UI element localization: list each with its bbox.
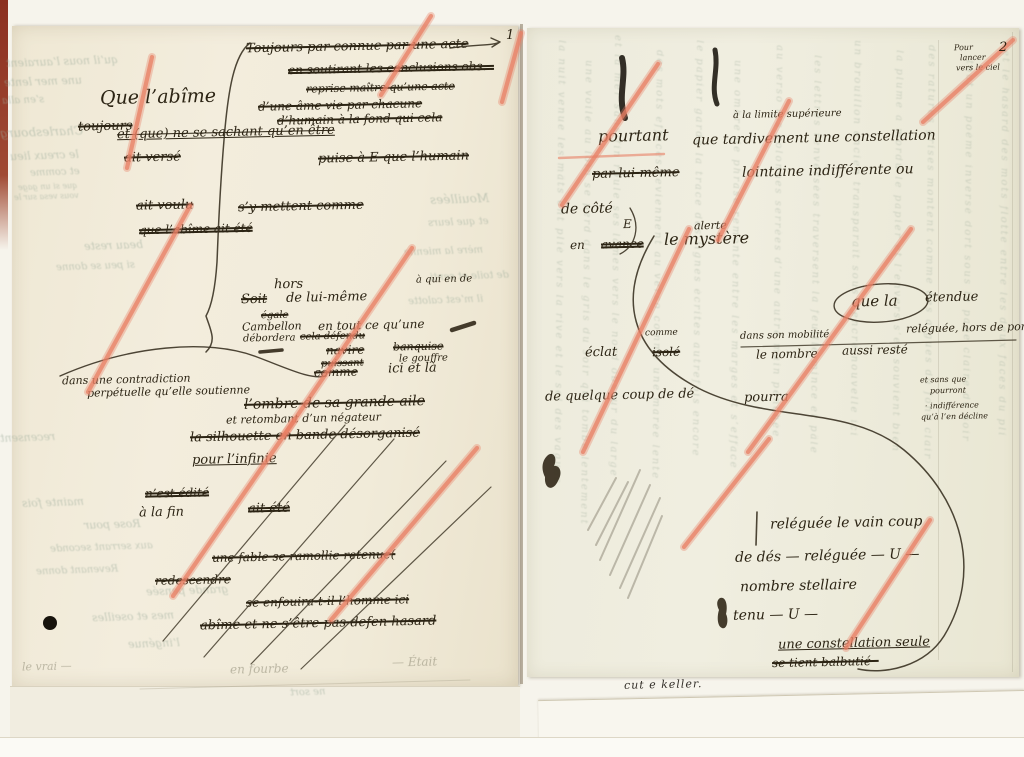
handwriting-line: pour l’infinie [192, 452, 277, 467]
handwriting-line: banquise [393, 340, 444, 352]
handwriting-line: Toujours par connue par une acte [246, 38, 469, 56]
right-page-number: 2 [999, 40, 1007, 55]
handwriting-line: pourtant [598, 127, 669, 144]
handwriting-line: n’est édité [145, 486, 209, 499]
handwriting-line: et (que) ne se sachant qu’en être [117, 124, 335, 142]
handwriting-line: · indifférence [925, 401, 979, 410]
handwriting-line: à qui en de [416, 274, 472, 285]
handwriting-line: une constellation seule [778, 635, 930, 651]
handwriting-line: abîme et ne s’être pas defen hasard [200, 615, 437, 633]
handwriting-line: pourra [744, 391, 789, 405]
handwriting-line: et retombant d’un négateur [226, 411, 381, 425]
handwriting-line: nombre stellaire [740, 578, 857, 594]
handwriting-line: de lui-même [286, 290, 368, 305]
handwriting-line: reléguée le vain coup [770, 514, 923, 531]
handwriting-line: comme [645, 329, 678, 339]
handwriting-line: de côté [561, 201, 613, 216]
handwriting-line: Cambellon [242, 320, 302, 332]
handwriting-line: éclat [585, 346, 617, 360]
handwriting-line: l’ombre de sa grande aile [244, 394, 425, 412]
handwriting-line: débordera [243, 333, 296, 344]
handwriting-line: hors [274, 278, 303, 292]
handwriting-line: se enfouira-t-il l’homme ici [246, 593, 409, 608]
handwriting-line: aussi resté [842, 343, 908, 356]
handwriting-line: perpétuelle qu’elle soutienne [87, 384, 250, 398]
handwriting-line: le mystère [664, 230, 749, 248]
handwriting-line: le vrai — [22, 660, 72, 672]
archivist-caption-note: cut e keller. [624, 678, 703, 691]
handwriting-line: navire [326, 344, 365, 357]
handwriting-line: que l’abîme ait été [139, 222, 253, 236]
handwriting-line: — Était [392, 656, 437, 669]
handwriting-line: étendue [925, 290, 979, 304]
handwriting-line: Soit [241, 293, 267, 307]
handwriting-line: isolé [652, 346, 680, 359]
handwriting-line: redescendre [155, 573, 231, 587]
handwriting-line: reprise maître qu’une acte [306, 80, 455, 94]
handwriting-line: vers le ciel [956, 64, 1000, 73]
handwriting-line: lointaine indifférente ou [742, 162, 914, 180]
handwriting-line: tenu — U — [733, 607, 818, 623]
handwriting-line: cela défendu [300, 331, 365, 342]
handwriting-line: de dés — reléguée — U — [735, 547, 920, 565]
handwriting-line: Pour [954, 44, 973, 52]
handwriting-line: dans son mobilité [740, 330, 830, 342]
handwriting-line: une fable se ramollie retenue( [212, 548, 396, 564]
handwriting-line: s’y mettent comme [238, 199, 364, 215]
handwriting-line: reléguée, hors de portée, [906, 321, 1024, 335]
handwriting-line: en fourbe [230, 662, 289, 675]
handwriting-line: pourront [930, 387, 966, 396]
handwriting-line: ait voulu [136, 198, 194, 212]
handwriting-line: ait été [248, 502, 290, 516]
manuscript-scan: qu’il nous l’auraientune mer lentes’en a… [0, 0, 1024, 757]
handwriting-line: se tient balbutié · [772, 655, 879, 669]
handwriting-line: comme [314, 366, 358, 379]
handwriting-line: Que l’abîme [100, 87, 216, 108]
handwriting-line: avance [601, 238, 644, 251]
handwriting-line: par lui-même [592, 166, 680, 181]
handwriting-line: que tardivement une constellation [692, 128, 936, 147]
handwriting-line: ait versé [124, 150, 181, 164]
handwriting-layer: Toujours par connue par une acteen souti… [0, 0, 1024, 757]
handwriting-line: de quelque coup de dé [545, 387, 695, 403]
handwriting-line: en [570, 239, 585, 251]
left-page-number: 1 [506, 28, 514, 43]
handwriting-line: E [623, 218, 632, 230]
handwriting-line: ici et là [388, 361, 437, 375]
handwriting-line: puise à E que l’humain [318, 149, 469, 165]
handwriting-line: lancer [960, 54, 986, 63]
handwriting-line: qu’à l’en décline [921, 412, 988, 421]
handwriting-line: en soutirant les conclusions obs. . [288, 60, 494, 76]
handwriting-line: à la fin [139, 506, 184, 520]
handwriting-line: la silhouette en bande désorganisé [190, 427, 420, 445]
handwriting-line: à la limite supérieure [733, 109, 842, 121]
handwriting-line: le nombre [756, 347, 818, 360]
handwriting-line: que la [851, 294, 898, 310]
handwriting-line: et sans que [920, 376, 966, 385]
